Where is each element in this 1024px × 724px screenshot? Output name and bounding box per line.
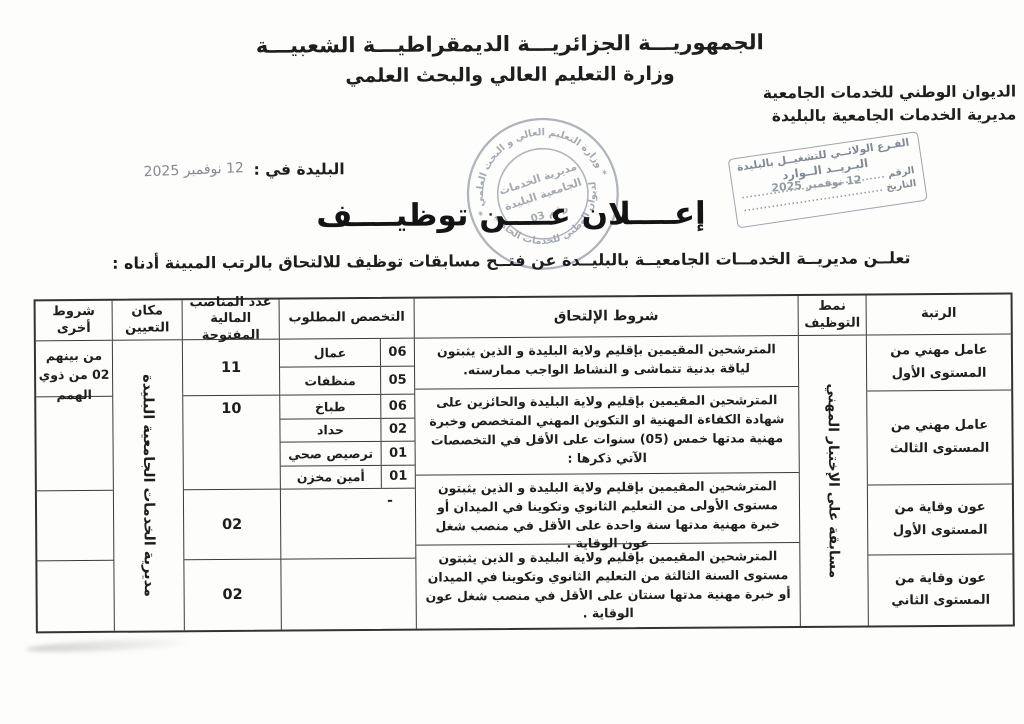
republic-line: الجمهوريـــة الجزائريـــة الديمقراطيـــة… [0, 28, 1022, 59]
specialty-count: 05 [380, 367, 414, 394]
conditions-cell-row1: المترشحين المقيمين بإقليم ولاية البليدة … [415, 336, 798, 390]
specialty-subrow: 01 أمين مخزن [281, 465, 415, 488]
header-conditions: شروط الإلتحاق [415, 296, 798, 339]
national-office-line: الديوان الوطني للخدمات الجامعية [763, 80, 1016, 105]
column-open-positions: عدد المناصب المالية المفتوحة 11 10 02 02 [182, 300, 281, 631]
specialty-subrow: 01 ترصيص صحي [281, 442, 415, 466]
specialty-body: 06 عمال 05 منظفات 06 طباخ [280, 339, 416, 630]
header-rank: الرتبة [867, 295, 1011, 336]
rank-cell-row1: عامل مهني من المستوى الأول [867, 335, 1011, 392]
specialty-subrow: 06 عمال [280, 339, 414, 368]
announcement-title: إعــــلان عــــن توظيــــف [0, 193, 1023, 236]
specialty-subrow: 06 طباخ [280, 395, 414, 419]
header-specialty: التخصص المطلوب [280, 299, 414, 340]
specialty-count: 01 [381, 465, 415, 488]
date-line: البليدة في : 12 نوفمبر 2025 [95, 160, 345, 180]
date-stamp-value: 12 نوفمبر 2025 [143, 160, 244, 180]
recruitment-mode-cell: مسابقة على الإختبار المهني [799, 336, 868, 626]
intro-line: تعلــن مديريــة الخدمــات الجامعيــة بال… [0, 247, 1023, 273]
specialty-count: 02 [380, 418, 414, 441]
recruitment-table: الرتبة عامل مهني من المستوى الأول عامل م… [34, 293, 1015, 634]
rank-cell-row2: عامل مهني من المستوى الثالث [867, 391, 1012, 486]
specialty-count: 01 [381, 442, 415, 465]
specialty-cell-row1: 06 عمال 05 منظفات [280, 339, 414, 396]
positions-cell-row3: 02 [184, 490, 280, 561]
conditions-cell-row3: المترشحين المقيمين بإقليم ولاية البليدة … [416, 473, 799, 546]
date-label: البليدة في : [254, 160, 345, 179]
other-conditions-cell-row3 [37, 491, 113, 562]
column-rank: الرتبة عامل مهني من المستوى الأول عامل م… [866, 295, 1013, 626]
specialty-name: طباخ [280, 395, 380, 418]
scan-smudge [26, 637, 186, 654]
specialty-cell-row3: - [281, 489, 415, 560]
column-other-conditions: شروط أخرى من بينهم 02 من ذوي الهمم [36, 301, 114, 632]
other-conditions-body: من بينهم 02 من ذوي الهمم [36, 341, 114, 632]
scan-tilt-wrapper: الجمهوريـــة الجزائريـــة الديمقراطيـــة… [0, 0, 1024, 724]
header-recruitment-mode: نمط التوظيف [799, 296, 866, 336]
directorate-line: مديرية الخدمات الجامعية بالبليدة [763, 104, 1016, 129]
column-conditions: شروط الإلتحاق المترشحين المقيمين بإقليم … [414, 296, 800, 629]
header-other-conditions: شروط أخرى [36, 301, 112, 342]
rank-cell-row4: عون وقاية من المستوى الثاني [868, 555, 1012, 626]
rank-cell-row3: عون وقاية من المستوى الأول [868, 485, 1012, 556]
positions-cell-row1: 11 [183, 340, 279, 397]
specialty-name: حداد [280, 418, 380, 441]
conditions-body: المترشحين المقيمين بإقليم ولاية البليدة … [415, 336, 800, 629]
rank-body: عامل مهني من المستوى الأول عامل مهني من … [867, 335, 1013, 626]
stamp-date-label: التاريخ [886, 178, 917, 193]
assignment-location-vertical-text: مديرية الخدمات الجامعية البليدة [140, 374, 158, 597]
specialty-cell-row2: 06 طباخ 02 حداد 01 ترصيص صحي 01 [280, 395, 415, 490]
header-open-positions: عدد المناصب المالية المفتوحة [183, 300, 279, 341]
specialty-name: عمال [280, 339, 380, 367]
scanned-document-page: الجمهوريـــة الجزائريـــة الديمقراطيـــة… [0, 0, 1024, 724]
government-header: الجمهوريـــة الجزائريـــة الديمقراطيـــة… [0, 28, 1022, 89]
positions-cell-row4: 02 [184, 560, 280, 631]
column-assignment-location: مكان التعيين مديرية الخدمات الجامعية الب… [112, 300, 184, 630]
specialty-count: 06 [380, 339, 414, 366]
other-conditions-cell-row2 [36, 397, 113, 492]
specialty-name: منظفات [280, 367, 380, 395]
conditions-cell-row2: المترشحين المقيمين بإقليم ولاية البليدة … [415, 387, 799, 475]
other-conditions-cell-row4 [37, 561, 113, 632]
header-assignment-location: مكان التعيين [113, 300, 182, 340]
conditions-cell-row4: المترشحين المقيمين بإقليم ولاية البليدة … [416, 543, 800, 629]
issuing-office-block: الديوان الوطني للخدمات الجامعية مديرية ا… [763, 80, 1017, 128]
specialty-cell-row4-empty [281, 559, 415, 630]
positions-cell-row2: 10 [183, 396, 280, 491]
column-recruitment-mode: نمط التوظيف مسابقة على الإختبار المهني [798, 296, 868, 626]
specialty-subrow: 05 منظفات [280, 367, 414, 395]
column-specialty: التخصص المطلوب 06 عمال 05 منظفات [279, 299, 416, 630]
other-conditions-cell-row1: من بينهم 02 من ذوي الهمم [36, 341, 112, 398]
specialty-name: أمين مخزن [281, 465, 381, 488]
assignment-location-cell: مديرية الخدمات الجامعية البليدة [113, 340, 184, 630]
recruitment-mode-vertical-text: مسابقة على الإختبار المهني [825, 383, 842, 578]
specialty-name: ترصيص صحي [281, 442, 381, 465]
specialty-count: 06 [380, 395, 414, 418]
specialty-subrow: 02 حداد [280, 418, 414, 442]
positions-body: 11 10 02 02 [183, 340, 281, 631]
